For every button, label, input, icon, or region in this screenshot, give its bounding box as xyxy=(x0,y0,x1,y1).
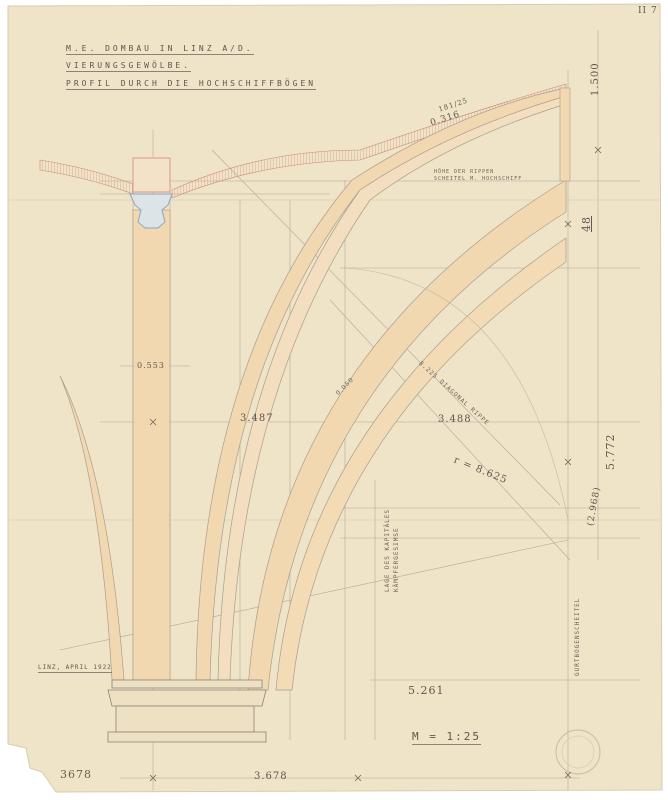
vertical-label-arch-crown: GURTBOGENSCHEITEL xyxy=(574,598,581,676)
dimension-3488: 3.488 xyxy=(438,414,472,425)
rib-height-label-1: HÖHE DER RIPPEN xyxy=(434,169,494,175)
dimension-0553: 0.553 xyxy=(137,361,165,370)
dimension-1500: 1.500 xyxy=(590,62,601,96)
dimension-5261: 5.261 xyxy=(408,684,445,697)
vertical-label-capital: LAGE DES KAPITÄLES xyxy=(384,509,391,592)
title-line-3: PROFIL DURCH DIE HOCHSCHIFFBÖGEN xyxy=(66,79,316,90)
title-line-2: VIERUNGSGEWÖLBE. xyxy=(66,61,191,72)
dimension-3487: 3.487 xyxy=(240,413,274,424)
vertical-label-impost: KÄMPFERGESIMSE xyxy=(393,527,400,592)
inventory-number: 3678 xyxy=(60,768,92,781)
rib-height-label-2: SCHEITEL M. HOCHSCHIFF xyxy=(434,176,522,182)
dimension-5772: 5.772 xyxy=(604,434,617,471)
title-line-1: M.E. DOMBAU IN LINZ A/D. xyxy=(66,44,254,55)
dimension-48: 48 xyxy=(580,216,593,232)
drawing-date: LINZ, APRIL 1922 xyxy=(38,664,112,673)
drawing-canvas xyxy=(0,0,668,800)
architectural-drawing-sheet: M.E. DOMBAU IN LINZ A/D. VIERUNGSGEWÖLBE… xyxy=(0,0,668,800)
sheet-number: II 7 xyxy=(638,6,658,16)
scale-label: M = 1:25 xyxy=(412,730,481,745)
dimension-3678: 3.678 xyxy=(254,771,288,782)
